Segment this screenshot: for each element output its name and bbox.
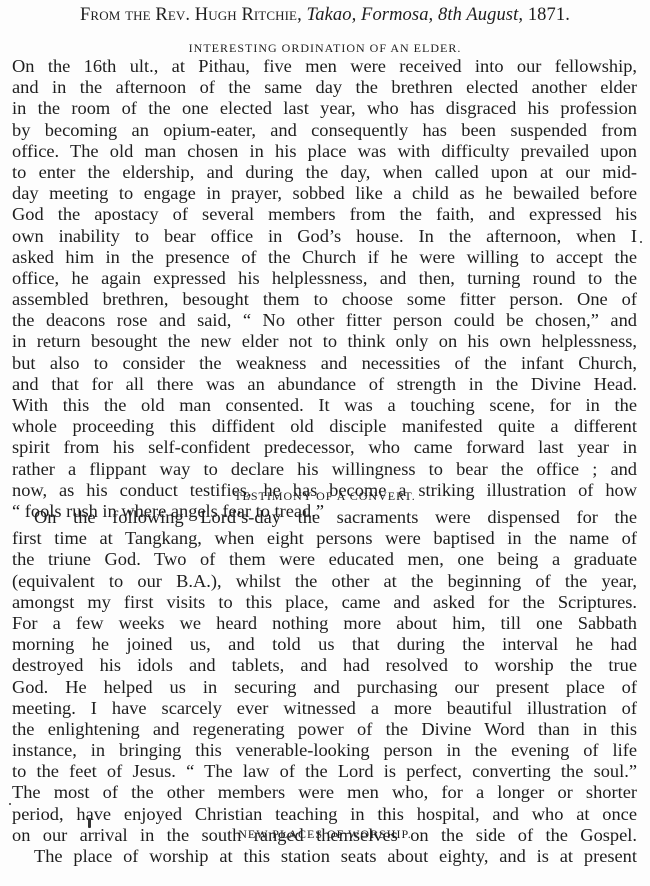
text-line: the deacons rose and said, “ No other fi… bbox=[12, 310, 637, 331]
letter-header: From the Rev. Hugh Ritchie, Takao, Formo… bbox=[0, 4, 650, 26]
text-line: but also to consider the weakness and ne… bbox=[12, 353, 637, 374]
ink-speck bbox=[88, 818, 91, 828]
text-line: the triune God. Two of them were educate… bbox=[12, 549, 637, 570]
text-line: in the room of the one elected last year… bbox=[12, 98, 637, 119]
text-line: spirit from his self-confident predecess… bbox=[12, 437, 637, 458]
text-line: day meeting to engage in prayer, sobbed … bbox=[12, 183, 637, 204]
text-line: office. The old man chosen in his place … bbox=[12, 141, 637, 162]
text-line: first time at Tangkang, when eight perso… bbox=[12, 528, 637, 549]
paragraph-ordination: On the 16th ult., at Pithau, five men we… bbox=[12, 56, 637, 522]
text-line: the enlightening and regenerating power … bbox=[12, 719, 637, 740]
text-line: The place of worship at this station sea… bbox=[12, 846, 637, 867]
ink-speck bbox=[9, 803, 11, 805]
ink-speck bbox=[640, 241, 642, 243]
paragraph-worship: The place of worship at this station sea… bbox=[12, 846, 637, 867]
header-date: 8th August, bbox=[438, 5, 523, 25]
text-line: God the apostacy of several members from… bbox=[12, 204, 637, 225]
header-author: From the Rev. Hugh Ritchie, bbox=[80, 5, 302, 25]
text-line: (equivalent to our B.A.), whilst the oth… bbox=[12, 571, 637, 592]
text-line: The most of the other members were men w… bbox=[12, 782, 637, 803]
text-line: to enter the eldership, and during the d… bbox=[12, 162, 637, 183]
text-line: in return besought the new elder not to … bbox=[12, 331, 637, 352]
text-line: With this the old man consented. It was … bbox=[12, 395, 637, 416]
ink-speck bbox=[490, 832, 492, 835]
header-year: 1871. bbox=[528, 5, 570, 25]
text-line: On the following Lord’s-day the sacramen… bbox=[12, 507, 637, 528]
text-line: by becoming an opium-eater, and conseque… bbox=[12, 120, 637, 141]
text-line: morning he joined us, and told us that d… bbox=[12, 634, 637, 655]
text-line: and in the afternoon of the same day the… bbox=[12, 77, 637, 98]
text-line: asked him in the presence of the Church … bbox=[12, 247, 637, 268]
text-line: amongst my first visits to this place, c… bbox=[12, 592, 637, 613]
text-line: instance, in bringing this venerable-loo… bbox=[12, 740, 637, 761]
text-line: and that for all there was an abundance … bbox=[12, 374, 637, 395]
text-line: office, he again expressed his helplessn… bbox=[12, 268, 637, 289]
text-line: rather a flippant way to declare his wil… bbox=[12, 459, 637, 480]
text-line: For a few weeks we heard nothing more ab… bbox=[12, 613, 637, 634]
text-line: period, have enjoyed Christian teaching … bbox=[12, 804, 637, 825]
text-line: assembled brethren, besought them to cho… bbox=[12, 289, 637, 310]
text-line: destroyed his idols and tablets, and had… bbox=[12, 655, 637, 676]
section-title-ordination: INTERESTING ORDINATION OF AN ELDER. bbox=[0, 40, 650, 56]
header-place: Takao, Formosa, bbox=[307, 5, 434, 25]
section-title-testimony: TESTIMONY OF A CONVERT. bbox=[0, 488, 650, 504]
text-line: God. He helped us in securing and purcha… bbox=[12, 677, 637, 698]
scanned-page: From the Rev. Hugh Ritchie, Takao, Formo… bbox=[0, 0, 650, 886]
section-title-worship: NEW PLACES OF WORSHIP. bbox=[0, 826, 650, 842]
text-line: own inability to bear office in God’s ho… bbox=[12, 226, 637, 247]
text-line: On the 16th ult., at Pithau, five men we… bbox=[12, 56, 637, 77]
text-line: meeting. I have scarcely ever witnessed … bbox=[12, 698, 637, 719]
text-line: whole proceeding this diffident old disc… bbox=[12, 416, 637, 437]
paragraph-testimony: On the following Lord’s-day the sacramen… bbox=[12, 507, 637, 846]
text-line: to the feet of Jesus. “ The law of the L… bbox=[12, 761, 637, 782]
